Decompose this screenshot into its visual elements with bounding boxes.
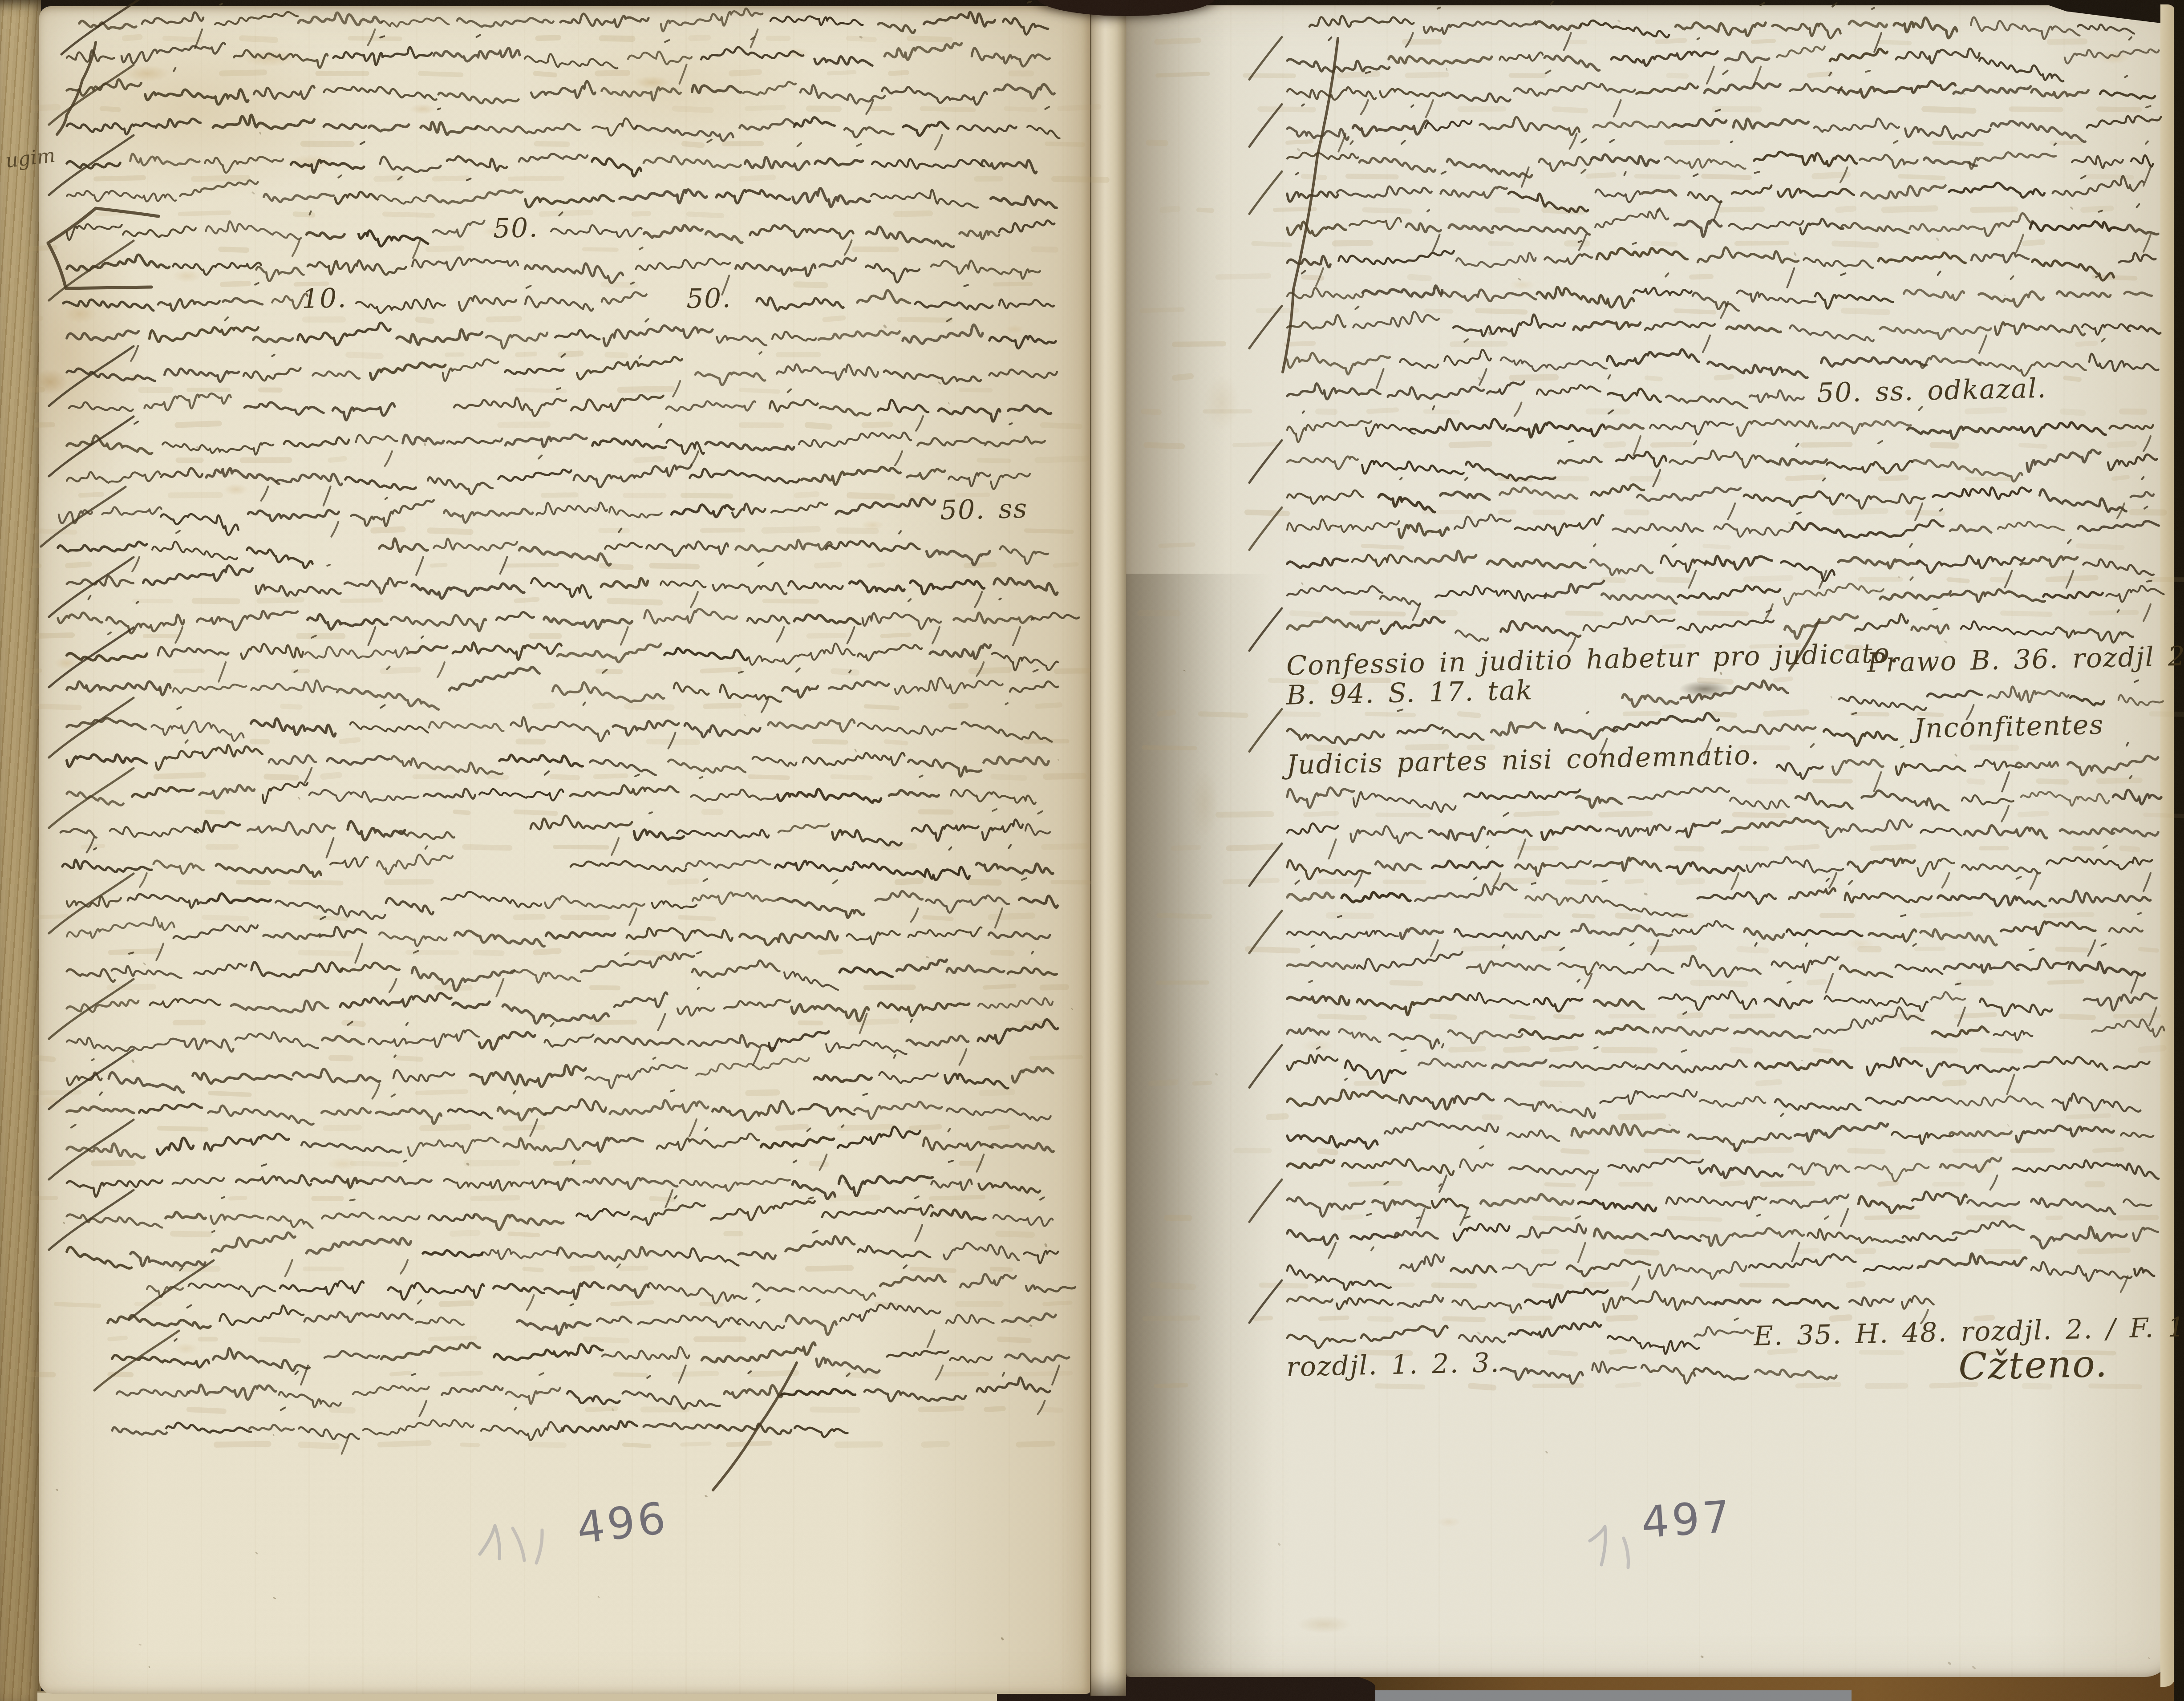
page-edge-stack [0, 0, 41, 1701]
book-scan: 50.10.50.50. ss50. ss. odkazal.Confessio… [0, 0, 2184, 1701]
pencil-page-number-right: 497 [1640, 1491, 1734, 1548]
right-page [1126, 5, 2173, 1677]
right-page-edge [2160, 4, 2176, 1687]
book-gutter [1090, 4, 1126, 1696]
left-page [39, 6, 1091, 1694]
backdrop-right-strip [2174, 0, 2184, 1701]
